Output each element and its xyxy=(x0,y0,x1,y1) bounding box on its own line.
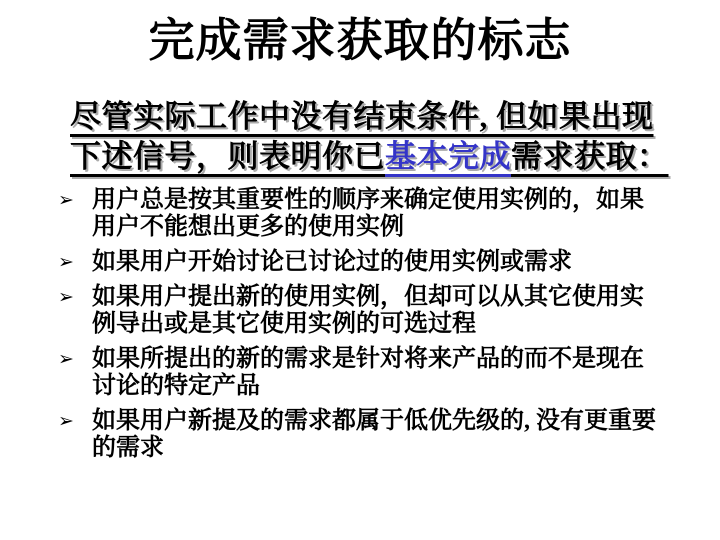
list-item: ➢ 如果用户新提及的需求都属于低优先级的, 没有更重要 的需求 xyxy=(58,408,678,462)
bullet-text: 如果用户提出新的使用实例，但却可以从其它使用实 例导出或是其它使用实例的可选过程 xyxy=(92,284,644,338)
slide-subtitle: 尽管实际工作中没有结束条件, 但如果出现 下述信号，则表明你已基本完成需求获取： xyxy=(70,97,680,177)
arrow-bullet-icon: ➢ xyxy=(58,187,92,214)
subtitle-highlight-text: 基本完成 xyxy=(385,139,511,174)
bullet-text: 如果所提出的新的需求是针对将来产品的而不是现在 讨论的特定产品 xyxy=(92,346,644,400)
arrow-bullet-icon: ➢ xyxy=(58,284,92,311)
bullet-text: 用户总是按其重要性的顺序来确定使用实例的，如果 用户不能想出更多的使用实例 xyxy=(92,187,644,241)
slide-title: 完成需求获取的标志 xyxy=(0,16,720,67)
bullet-list: ➢ 用户总是按其重要性的顺序来确定使用实例的，如果 用户不能想出更多的使用实例 … xyxy=(58,187,678,470)
list-item: ➢ 如果用户开始讨论已讨论过的使用实例或需求 xyxy=(58,249,678,276)
bullet-text: 如果用户新提及的需求都属于低优先级的, 没有更重要 的需求 xyxy=(92,408,656,462)
subtitle-line-2-segment-1: 下述信号，则表明你已 xyxy=(70,139,385,174)
subtitle-line-2-segment-3: 需求获取： xyxy=(511,139,669,174)
subtitle-line-1: 尽管实际工作中没有结束条件, 但如果出现 xyxy=(70,97,680,137)
list-item: ➢ 用户总是按其重要性的顺序来确定使用实例的，如果 用户不能想出更多的使用实例 xyxy=(58,187,678,241)
arrow-bullet-icon: ➢ xyxy=(58,249,92,276)
subtitle-line-1-text: 尽管实际工作中没有结束条件, 但如果出现 xyxy=(70,99,654,134)
arrow-bullet-icon: ➢ xyxy=(58,346,92,373)
arrow-bullet-icon: ➢ xyxy=(58,408,92,435)
list-item: ➢ 如果所提出的新的需求是针对将来产品的而不是现在 讨论的特定产品 xyxy=(58,346,678,400)
presentation-slide: 完成需求获取的标志 尽管实际工作中没有结束条件, 但如果出现 下述信号，则表明你… xyxy=(0,0,720,540)
bullet-text: 如果用户开始讨论已讨论过的使用实例或需求 xyxy=(92,249,572,276)
subtitle-line-2: 下述信号，则表明你已基本完成需求获取： xyxy=(70,137,680,177)
list-item: ➢ 如果用户提出新的使用实例，但却可以从其它使用实 例导出或是其它使用实例的可选… xyxy=(58,284,678,338)
